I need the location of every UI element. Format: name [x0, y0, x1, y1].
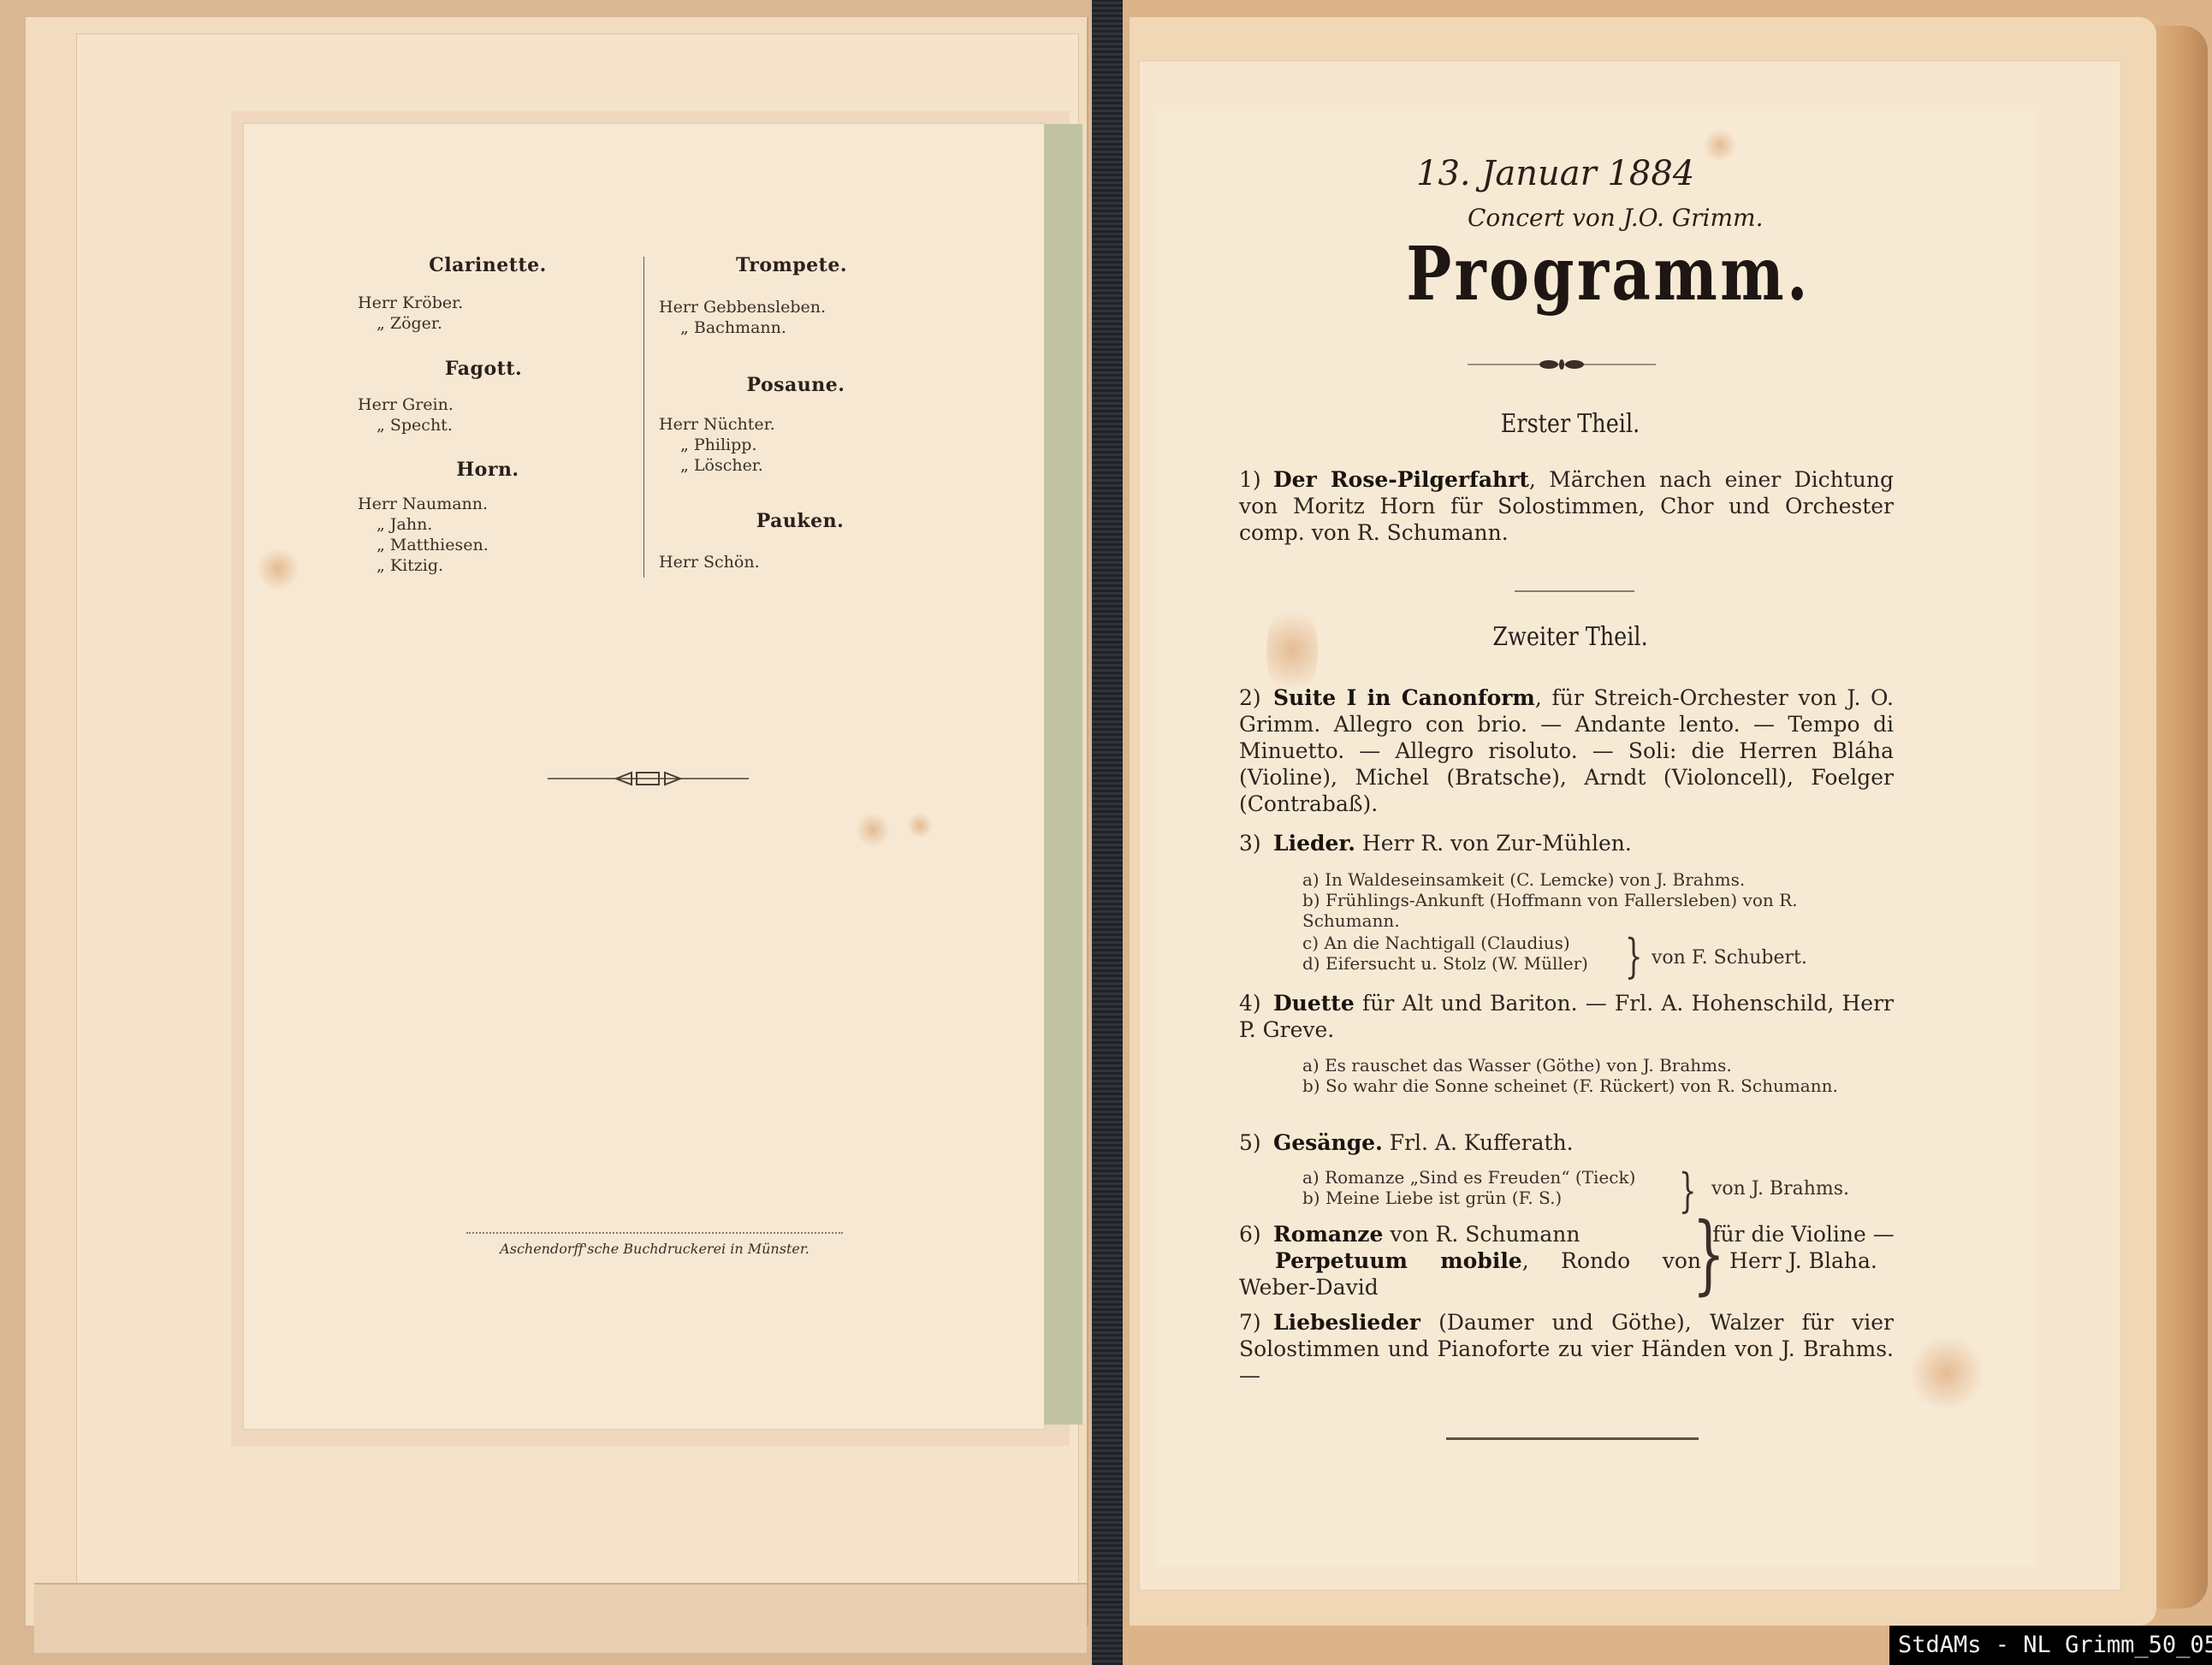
imprint-rule: [466, 1232, 843, 1237]
program-item-6: 6)Romanze von R. Schumann Perpetuum mobi…: [1239, 1221, 1701, 1301]
composer: von J. Brahms.: [1711, 1179, 1849, 1200]
member-line: Herr Naumann.: [358, 495, 488, 513]
work-title: Perpetuum mobile: [1275, 1248, 1522, 1273]
program-item-1: 1)Der Rose-Pilgerfahrt, Märchen nach ein…: [1239, 466, 1894, 546]
member-line: „ Jahn.: [377, 515, 432, 534]
song-line: a) Romanze „Sind es Freuden“ (Tieck): [1302, 1167, 1635, 1188]
work-title: Lieder.: [1273, 831, 1355, 856]
program-item-2: 2)Suite I in Canonform, für Streich-Orch…: [1239, 684, 1894, 817]
work-title: Gesänge.: [1273, 1130, 1383, 1155]
member-line: „ Zöger.: [377, 314, 442, 333]
member-line: „ Specht.: [377, 416, 453, 435]
member-line: Herr Nüchter.: [659, 415, 775, 434]
song-line: d) Eifersucht u. Stolz (W. Müller): [1302, 953, 1588, 974]
song-line: c) An die Nachtigall (Claudius): [1302, 933, 1570, 953]
program-item-5: 5)Gesänge. Frl. A. Kufferath.: [1239, 1129, 1894, 1156]
song-line: b) So wahr die Sonne scheinet (F. Rücker…: [1302, 1075, 1893, 1096]
work-title: Liebeslieder: [1273, 1310, 1420, 1335]
section-title-posaune: Posaune.: [727, 374, 864, 396]
work-title: Duette: [1273, 991, 1355, 1016]
left-bottom-edge: [34, 1583, 1087, 1653]
section-title-clarinette: Clarinette.: [402, 254, 573, 276]
song-line: a) Es rauschet das Wasser (Göthe) von J.…: [1302, 1055, 1893, 1075]
archive-label: StdAMs - NL Grimm_50_050: [1889, 1626, 2212, 1665]
section-title-pauken: Pauken.: [736, 510, 864, 532]
member-line: Herr Gebbensleben.: [659, 298, 826, 317]
work-title: Romanze: [1273, 1222, 1383, 1247]
part-two-title: Zweiter Theil.: [1290, 622, 1851, 652]
section-title-trompete: Trompete.: [715, 254, 869, 276]
member-line: „ Kitzig.: [377, 556, 443, 575]
program-item-3: 3)Lieder. Herr R. von Zur-Mühlen.: [1239, 830, 1894, 856]
green-paper-strip: [1044, 124, 1082, 1425]
handwritten-note: Concert von J.O. Grimm.: [1468, 204, 1764, 232]
member-line: „ Löscher.: [680, 456, 763, 475]
section-title-horn: Horn.: [419, 459, 556, 481]
work-title: Suite I in Canonform: [1273, 685, 1535, 710]
member-line: Herr Grein.: [358, 395, 454, 414]
program-item-4: 4)Duette für Alt und Bariton. — Frl. A. …: [1239, 990, 1894, 1043]
member-line: Herr Schön.: [659, 553, 760, 572]
work-title: Der Rose-Pilgerfahrt: [1273, 467, 1529, 492]
printer-imprint: Aschendorff'sche Buchdruckerei in Münste…: [466, 1241, 843, 1257]
section-title-fagott: Fagott.: [411, 358, 556, 380]
member-line: „ Matthiesen.: [377, 536, 489, 554]
song-line: a) In Waldeseinsamkeit (C. Lemcke) von J…: [1302, 869, 1893, 890]
song-line: b) Meine Liebe ist grün (F. S.): [1302, 1188, 1562, 1208]
member-line: „ Bachmann.: [680, 318, 786, 337]
ornament-divider-icon: [1468, 358, 1656, 371]
member-line: Herr Kröber.: [358, 293, 463, 312]
member-line: „ Philipp.: [680, 436, 757, 454]
composer: von F. Schubert.: [1652, 948, 1807, 969]
song-line: b) Frühlings-Ankunft (Hoffmann von Falle…: [1302, 890, 1893, 931]
divider-rule: [1515, 590, 1634, 592]
brace-icon: }: [1625, 929, 1643, 983]
part-one-title: Erster Theil.: [1290, 409, 1851, 439]
program-item-7: 7)Liebeslieder (Daumer und Göthe), Walze…: [1239, 1309, 1894, 1389]
performer-note: für die Violine — Herr J. Blaha.: [1711, 1221, 1895, 1274]
ornament-divider-icon: [548, 770, 749, 787]
column-divider: [643, 257, 644, 578]
handwritten-date: 13. Januar 1884: [1416, 154, 1694, 193]
page-title: Programm.: [1406, 231, 1743, 317]
book-spine: [1092, 0, 1123, 1665]
end-rule: [1446, 1437, 1699, 1440]
